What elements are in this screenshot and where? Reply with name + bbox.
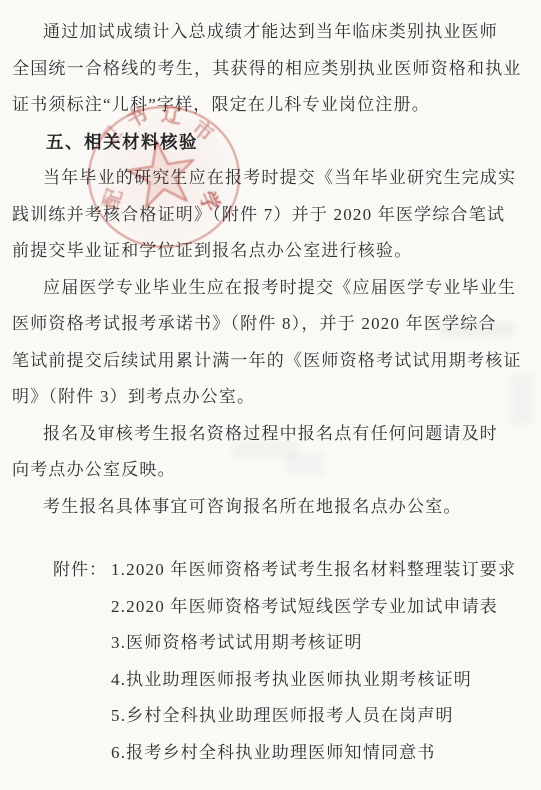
paragraph-graduate-submission: 当年毕业的研究生应在报考时提交《当年毕业研究生完成实 践训练并考核合格证明》（附… <box>12 160 527 270</box>
paragraph-registration-issues: 报名及审核考生报名资格过程中报名点有任何问题请及时 向考点办公室反映。 <box>12 416 527 489</box>
attachment-item-2: 2.2020 年医师资格考试短线医学专业加试申请表 <box>111 589 527 626</box>
attachment-item-1: 1.2020 年医师资格考试考生报名材料整理装订要求 <box>111 552 527 589</box>
attachments-list: 1.2020 年医师资格考试考生报名材料整理装订要求 2.2020 年医师资格考… <box>111 552 527 771</box>
attachment-item-6: 6.报考乡村全科执业助理医师知情同意书 <box>111 735 527 772</box>
paragraph-fresh-graduate-submission: 应届医学专业毕业生应在报考时提交《应届医学专业毕业生 医师资格考试报考承诺书》（… <box>12 270 527 416</box>
attachments-block: 附件： 1.2020 年医师资格考试考生报名材料整理装订要求 2.2020 年医… <box>12 552 527 771</box>
scanned-document-page: 通过加试成绩计入总成绩才能达到当年临床类别执业医师 全国统一合格线的考生，其获得… <box>0 0 541 790</box>
paragraph-pediatrics-registration: 通过加试成绩计入总成绩才能达到当年临床类别执业医师 全国统一合格线的考生，其获得… <box>12 14 527 124</box>
attachments-label: 附件： <box>53 552 111 589</box>
section-heading-materials-verification: 五、相关材料核验 <box>46 124 527 161</box>
attachment-item-3: 3.医师资格考试试用期考核证明 <box>111 625 527 662</box>
paragraph-consult-office: 考生报名具体事宜可咨询报名所在地报名点办公室。 <box>12 489 527 526</box>
attachment-item-5: 5.乡村全科执业助理医师报考人员在岗声明 <box>111 698 527 735</box>
attachment-item-4: 4.执业助理医师报考执业医师执业期考核证明 <box>111 662 527 699</box>
